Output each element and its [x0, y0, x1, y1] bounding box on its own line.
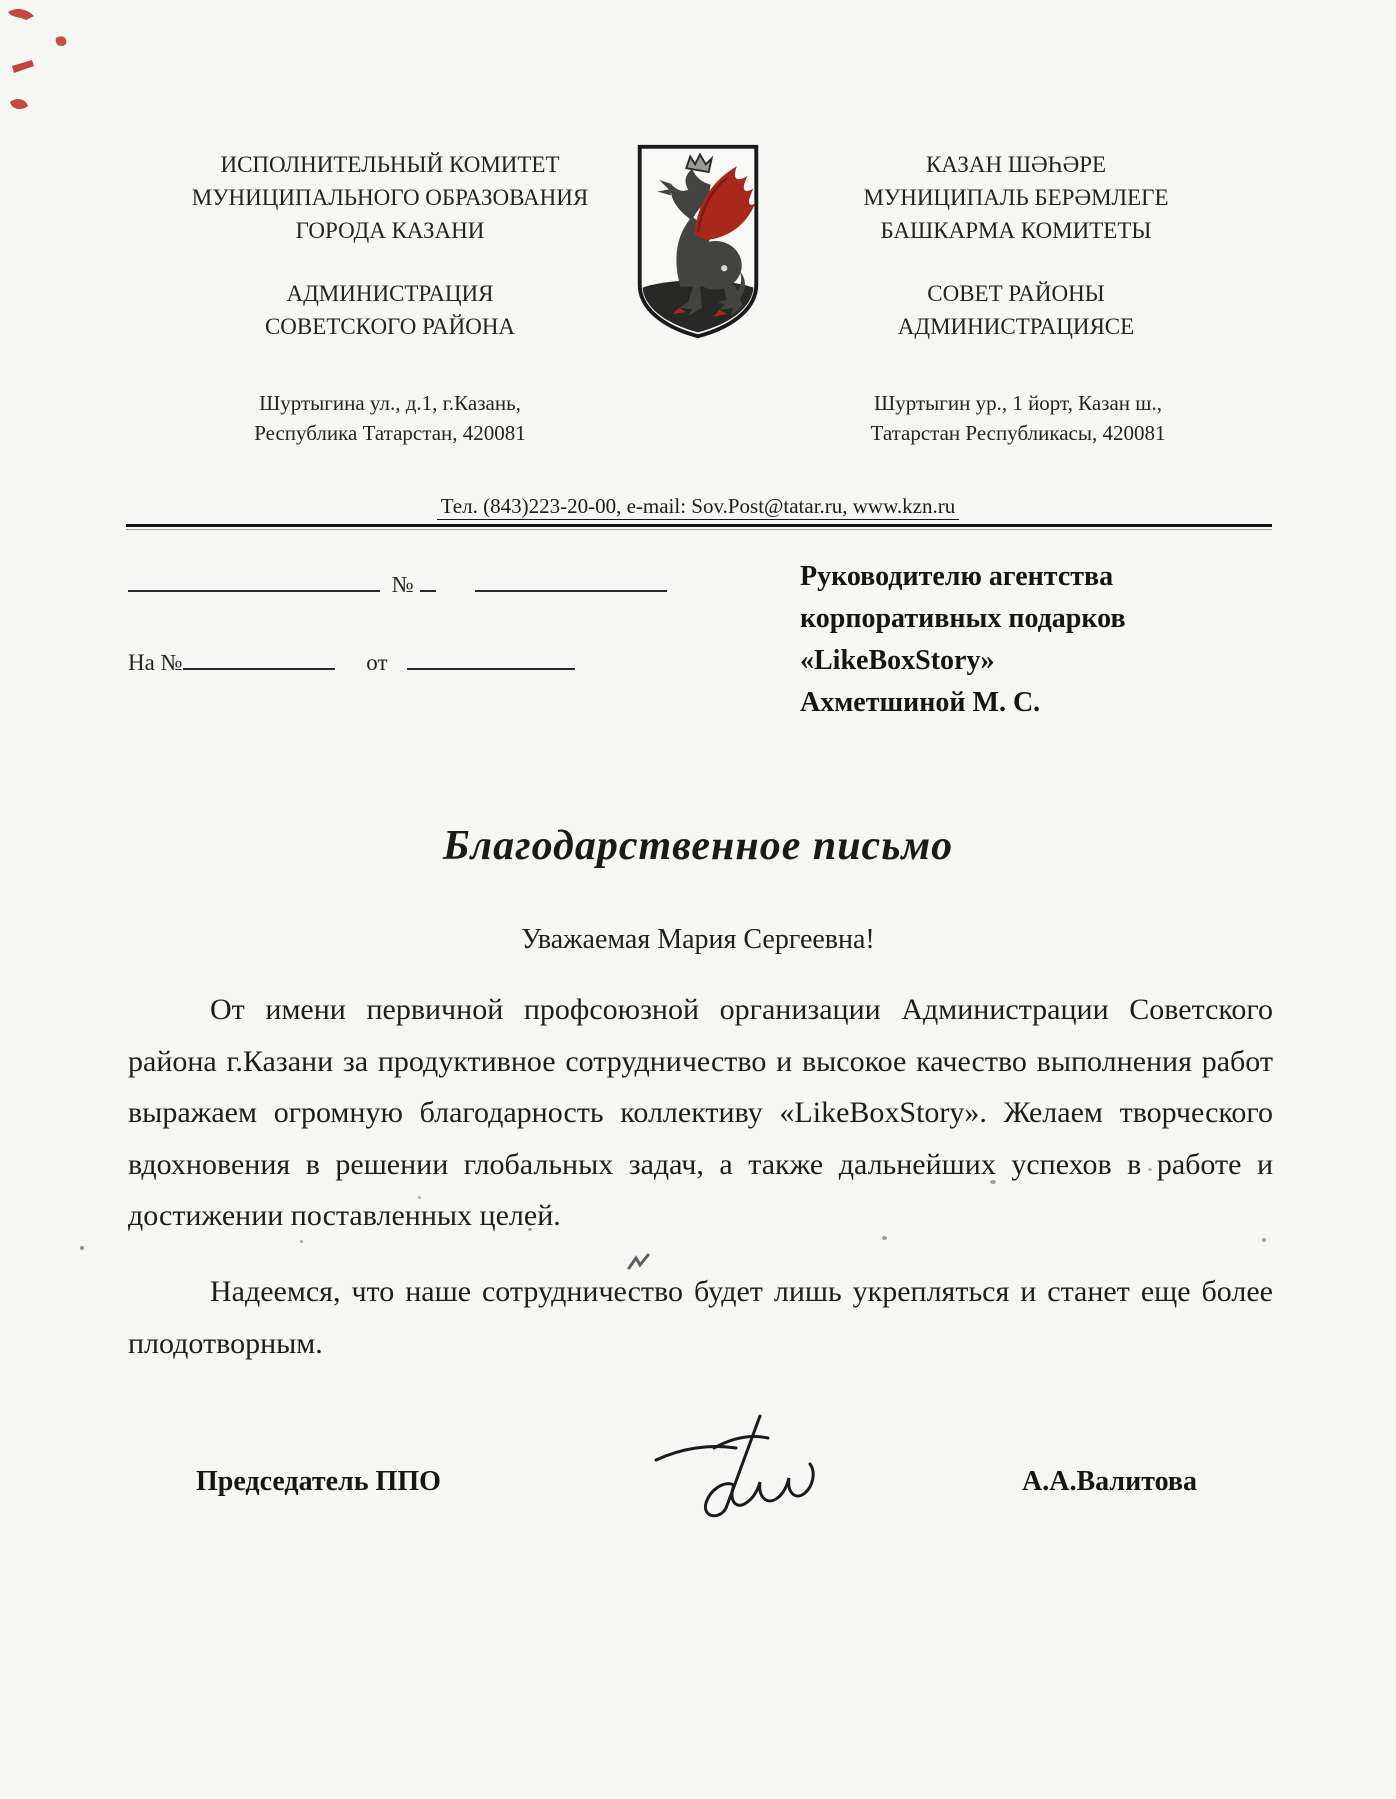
blank-line — [128, 568, 380, 592]
handwritten-signature — [648, 1408, 868, 1526]
org-header-ru: ИСПОЛНИТЕЛЬНЫЙ КОМИТЕТ МУНИЦИПАЛЬНОГО ОБ… — [130, 148, 650, 344]
body-paragraph: Надеемся, что наше сотрудничество будет … — [128, 1266, 1273, 1369]
dept-line: СОВЕТСКОГО РАЙОНА — [130, 310, 650, 343]
address-line: Татарстан Республикасы, 420081 — [778, 418, 1258, 448]
scan-artifact-red — [4, 4, 100, 122]
recipient-line: Руководителю агентства — [800, 556, 1230, 598]
dept-line: АДМИНИСТРАЦИЯ — [130, 277, 650, 310]
contact-text: Тел. (843)223-20-00, e-mail: Sov.Post@ta… — [437, 494, 959, 520]
dept-line: СОВЕТ РАЙОНЫ — [756, 277, 1276, 310]
org-line: ГОРОДА КАЗАНИ — [130, 214, 650, 247]
org-line: ИСПОЛНИТЕЛЬНЫЙ КОМИТЕТ — [130, 148, 650, 181]
letter-title: Благодарственное письмо — [0, 822, 1396, 870]
org-line: МУНИЦИПАЛЬНОГО ОБРАЗОВАНИЯ — [130, 181, 650, 214]
scan-speck — [1148, 1168, 1152, 1171]
ref-reply-row: На № от — [128, 646, 575, 676]
scan-speck — [80, 1246, 84, 1250]
scan-speck — [300, 1240, 303, 1243]
dept-line: АДМИНИСТРАЦИЯСЕ — [756, 310, 1276, 343]
header-divider-shadow — [126, 529, 1272, 530]
letter-body: От имени первичной профсоюзной организац… — [128, 984, 1273, 1393]
scan-speck — [528, 1228, 532, 1231]
scan-speck — [990, 1180, 996, 1184]
contact-line: Тел. (843)223-20-00, e-mail: Sov.Post@ta… — [0, 494, 1396, 519]
address-ru: Шуртыгина ул., д.1, г.Казань, Республика… — [150, 388, 630, 449]
address-tatar: Шуртыгин ур., 1 йорт, Казан ш., Татарста… — [778, 388, 1258, 449]
recipient-line: корпоративных подарков — [800, 598, 1230, 640]
recipient-line: «LikeBoxStory» — [800, 640, 1230, 682]
signer-position: Председатель ППО — [196, 1466, 441, 1498]
salutation: Уважаемая Мария Сергеевна! — [0, 924, 1396, 956]
header-divider-line — [126, 524, 1272, 527]
scan-speck — [1262, 1238, 1266, 1242]
recipient-line: Ахметшиной М. С. — [800, 682, 1230, 724]
scanned-letter-page: ИСПОЛНИТЕЛЬНЫЙ КОМИТЕТ МУНИЦИПАЛЬНОГО ОБ… — [0, 0, 1396, 1799]
scan-speck — [418, 1196, 421, 1199]
org-line: БАШКАРМА КОМИТЕТЫ — [756, 214, 1276, 247]
ref-number-row: № — [128, 568, 667, 598]
body-paragraph: От имени первичной профсоюзной организац… — [128, 984, 1273, 1242]
on-number-label: На № — [128, 650, 183, 675]
scan-mark — [626, 1252, 652, 1274]
number-sign: № — [386, 572, 420, 597]
scan-speck — [882, 1236, 887, 1240]
signer-name: А.А.Валитова — [1022, 1466, 1197, 1498]
org-header-tatar: КАЗАН ШӘҺӘРЕ МУНИЦИПАЛЬ БЕРӘМЛЕГЕ БАШКАР… — [756, 148, 1276, 344]
org-line: МУНИЦИПАЛЬ БЕРӘМЛЕГЕ — [756, 181, 1276, 214]
address-line: Шуртыгина ул., д.1, г.Казань, — [150, 388, 630, 418]
blank-line — [183, 646, 335, 670]
blank-line — [407, 646, 575, 670]
org-line: КАЗАН ШӘҺӘРЕ — [756, 148, 1276, 181]
kazan-coat-of-arms — [630, 138, 766, 346]
blank-line — [475, 568, 667, 592]
recipient-block: Руководителю агентства корпоративных под… — [800, 556, 1230, 724]
blank-line — [420, 568, 436, 592]
address-line: Республика Татарстан, 420081 — [150, 418, 630, 448]
from-label: от — [340, 650, 401, 675]
address-line: Шуртыгин ур., 1 йорт, Казан ш., — [778, 388, 1258, 418]
